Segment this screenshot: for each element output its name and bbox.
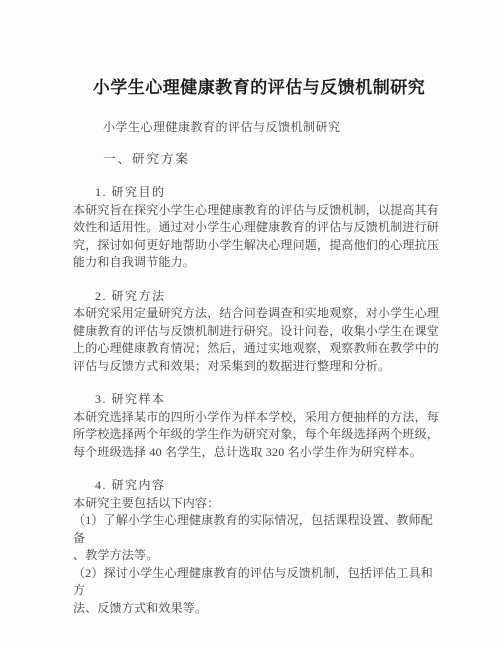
document-page: 小学生心理健康教育的评估与反馈机制研究 小学生心理健康教育的评估与反馈机制研究 … xyxy=(0,0,500,647)
section-3-heading: 3. 研究样本 xyxy=(95,391,445,409)
document-content: 小学生心理健康教育的评估与反馈机制研究 小学生心理健康教育的评估与反馈机制研究 … xyxy=(0,0,500,617)
section-4-item-1: （1）了解小学生心理健康教育的实际情况，包括课程设置、教师配备 、教学方法等。 xyxy=(73,512,445,565)
section-4-intro: 本研究主要包括以下内容： xyxy=(73,495,445,513)
document-subtitle: 小学生心理健康教育的评估与反馈机制研究 xyxy=(103,119,445,137)
section-4-heading: 4. 研究内容 xyxy=(95,477,445,495)
section-2-heading: 2. 研究方法 xyxy=(95,288,445,306)
section-1-heading: 1. 研究目的 xyxy=(95,184,445,202)
section-1-paragraph: 本研究旨在探究小学生心理健康教育的评估与反馈机制，以提高其有 效性和适用性。通过… xyxy=(73,202,445,272)
chapter-heading: 一、研究方案 xyxy=(103,151,445,169)
document-title: 小学生心理健康教育的评估与反馈机制研究 xyxy=(73,77,445,99)
section-3-paragraph: 本研究选择某市的四所小学作为样本学校，采用方便抽样的方法，每 所学校选择两个年级… xyxy=(73,409,445,462)
section-2-paragraph: 本研究采用定量研究方法，结合问卷调查和实地观察，对小学生心理 健康教育的评估与反… xyxy=(73,305,445,375)
section-4-item-2: （2）探讨小学生心理健康教育的评估与反馈机制，包括评估工具和方 法、反馈方式和效… xyxy=(73,565,445,618)
